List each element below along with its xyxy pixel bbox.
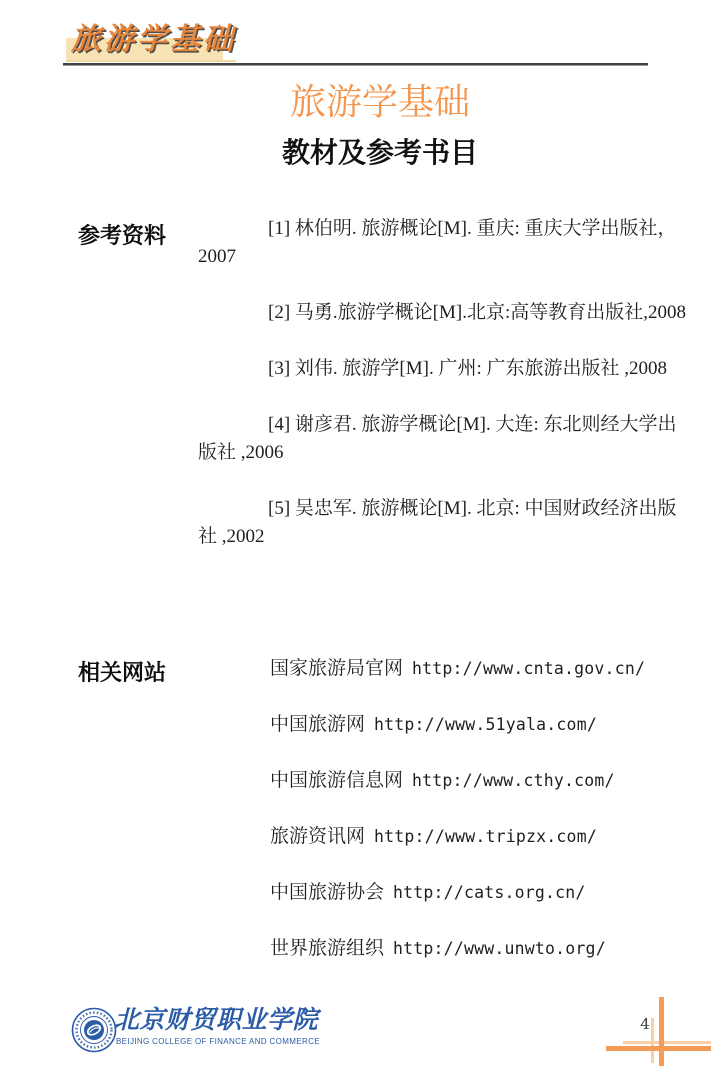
- reference-line: [3] 刘伟. 旅游学[M]. 广州: 广东旅游出版社 ,2008: [198, 355, 668, 383]
- reference-item: [4] 谢彦君. 旅游学概论[M]. 大连: 东北则经大学出 版社 ,2006: [198, 411, 668, 467]
- reference-line: [2] 马勇.旅游学概论[M].北京:高等教育出版社,2008: [198, 299, 668, 327]
- reference-line: [5] 吴忠军. 旅游概论[M]. 北京: 中国财政经济出版: [198, 495, 668, 523]
- references-section-label: 参考资料: [78, 219, 166, 250]
- chapter-banner-underline: [66, 60, 236, 62]
- college-name-en: BEIJING COLLEGE OF FINANCE AND COMMERCE: [116, 1037, 356, 1046]
- website-row: 中国旅游协会http://cats.org.cn/: [270, 879, 690, 907]
- website-url: http://www.unwto.org/: [393, 939, 606, 958]
- references-list: [1] 林伯明. 旅游概论[M]. 重庆: 重庆大学出版社， 2007 [2] …: [198, 215, 668, 579]
- website-row: 旅游资讯网http://www.tripzx.com/: [270, 823, 690, 851]
- website-name: 旅游资讯网: [270, 826, 365, 847]
- reference-item: [3] 刘伟. 旅游学[M]. 广州: 广东旅游出版社 ,2008: [198, 355, 668, 383]
- document-page: 旅游学基础 旅游学基础 教材及参考书目 参考资料 [1] 林伯明. 旅游概论[M…: [0, 0, 711, 1066]
- reference-item: [2] 马勇.旅游学概论[M].北京:高等教育出版社,2008: [198, 299, 668, 327]
- website-row: 国家旅游局官网http://www.cnta.gov.cn/: [270, 655, 690, 683]
- website-row: 中国旅游信息网http://www.cthy.com/: [270, 767, 690, 795]
- college-name-cn: 北京财贸职业学院: [114, 1004, 334, 1036]
- website-name: 中国旅游协会: [270, 882, 384, 903]
- header-divider: [63, 63, 648, 66]
- website-url: http://www.cnta.gov.cn/: [412, 659, 645, 678]
- reference-item: [5] 吴忠军. 旅游概论[M]. 北京: 中国财政经济出版 社 ,2002: [198, 495, 668, 551]
- website-name: 中国旅游网: [270, 714, 365, 735]
- website-row: 中国旅游网http://www.51yala.com/: [270, 711, 690, 739]
- corner-ornament-horizontal-thin: [623, 1041, 711, 1044]
- website-name: 世界旅游组织: [270, 938, 384, 959]
- college-seal-icon: [71, 1007, 117, 1053]
- website-url: http://www.tripzx.com/: [374, 827, 597, 846]
- page-title: 旅游学基础: [50, 82, 710, 122]
- website-name: 国家旅游局官网: [270, 658, 403, 679]
- website-name: 中国旅游信息网: [270, 770, 403, 791]
- website-url: http://www.51yala.com/: [374, 715, 597, 734]
- reference-line: 社 ,2002: [198, 523, 668, 551]
- reference-line: 2007: [198, 243, 668, 271]
- reference-line: [1] 林伯明. 旅游概论[M]. 重庆: 重庆大学出版社，: [198, 215, 668, 243]
- websites-list: 国家旅游局官网http://www.cnta.gov.cn/ 中国旅游网http…: [270, 655, 690, 991]
- corner-ornament-horizontal-thick: [606, 1046, 711, 1051]
- corner-ornament-vertical-thick: [659, 997, 664, 1066]
- page-subtitle: 教材及参考书目: [50, 137, 710, 169]
- reference-line: [4] 谢彦君. 旅游学概论[M]. 大连: 东北则经大学出: [198, 411, 668, 439]
- website-row: 世界旅游组织http://www.unwto.org/: [270, 935, 690, 963]
- reference-line: 版社 ,2006: [198, 439, 668, 467]
- reference-item: [1] 林伯明. 旅游概论[M]. 重庆: 重庆大学出版社， 2007: [198, 215, 668, 271]
- website-url: http://cats.org.cn/: [393, 883, 586, 902]
- chapter-banner-text: 旅游学基础: [71, 22, 331, 58]
- websites-section-label: 相关网站: [78, 656, 166, 687]
- website-url: http://www.cthy.com/: [412, 771, 615, 790]
